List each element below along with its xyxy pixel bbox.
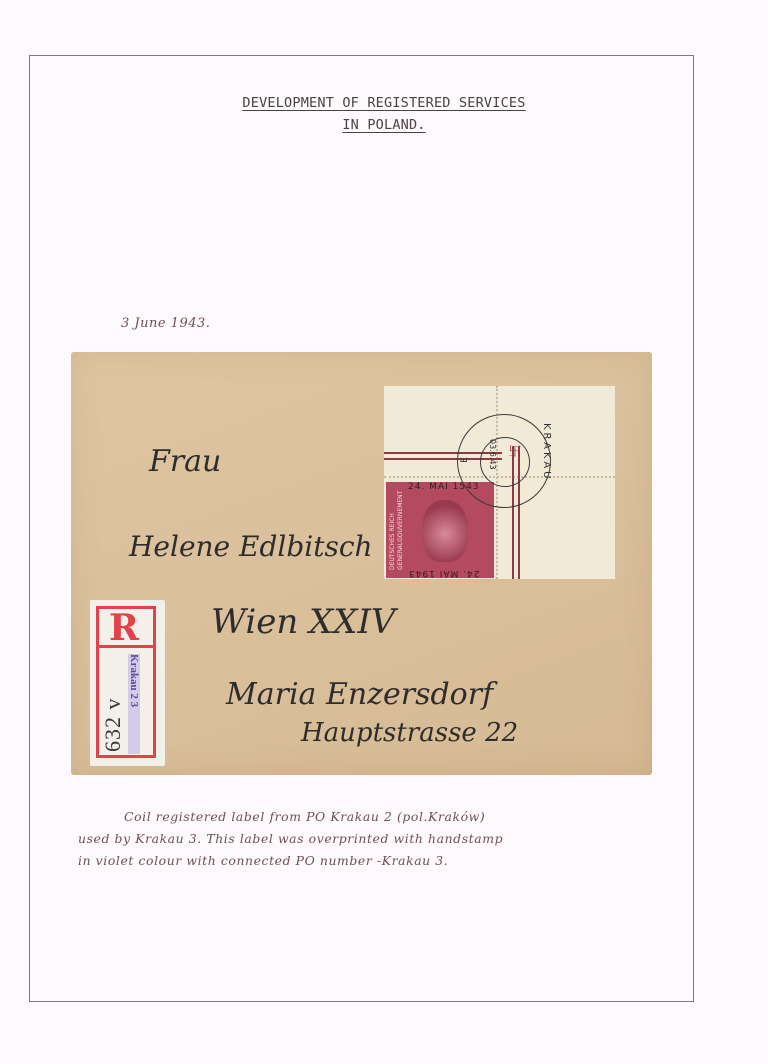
address-street: Hauptstrasse 22 [301,718,518,748]
date-note: 3 June 1943. [121,316,210,331]
address-city: Wien XXIV [211,602,395,642]
address-district: Maria Enzersdorf [226,677,493,712]
stamp-sheet-corner: 卐 DEUTSCHES REICH GENERALGOUVERNEMENT 24… [384,386,615,579]
portrait-icon [422,500,468,562]
postmark-code: E [460,457,470,463]
registration-letter: R [104,606,144,650]
stamp-overprint-bottom: 24. MAI 1943 [408,568,480,578]
registration-label: R 632 v Krakau 2 3 [90,600,165,766]
postmark: KRAKAU 03.6.43 E [457,414,551,508]
caption-line-1: Coil registered label from PO Krakau 2 (… [78,806,503,828]
page-title-line-1: DEVELOPMENT OF REGISTERED SERVICES [0,95,768,111]
stamp-country: DEUTSCHES REICH GENERALGOUVERNEMENT [389,490,411,570]
registered-cover: 卐 DEUTSCHES REICH GENERALGOUVERNEMENT 24… [71,352,652,775]
postmark-city: KRAKAU [541,423,552,481]
address-salutation: Frau [149,444,221,479]
postmark-date: 03.6.43 [488,439,497,470]
violet-handstamp-overprint: Krakau 2 3 [128,654,140,754]
address-name: Helene Edlbitsch [129,530,373,563]
caption: Coil registered label from PO Krakau 2 (… [78,806,503,872]
caption-line-2: used by Krakau 3. This label was overpri… [78,828,503,850]
caption-line-3: in violet colour with connected PO numbe… [78,850,503,872]
registration-number: 632 v [100,656,126,752]
page-title-line-2: IN POLAND. [0,117,768,133]
